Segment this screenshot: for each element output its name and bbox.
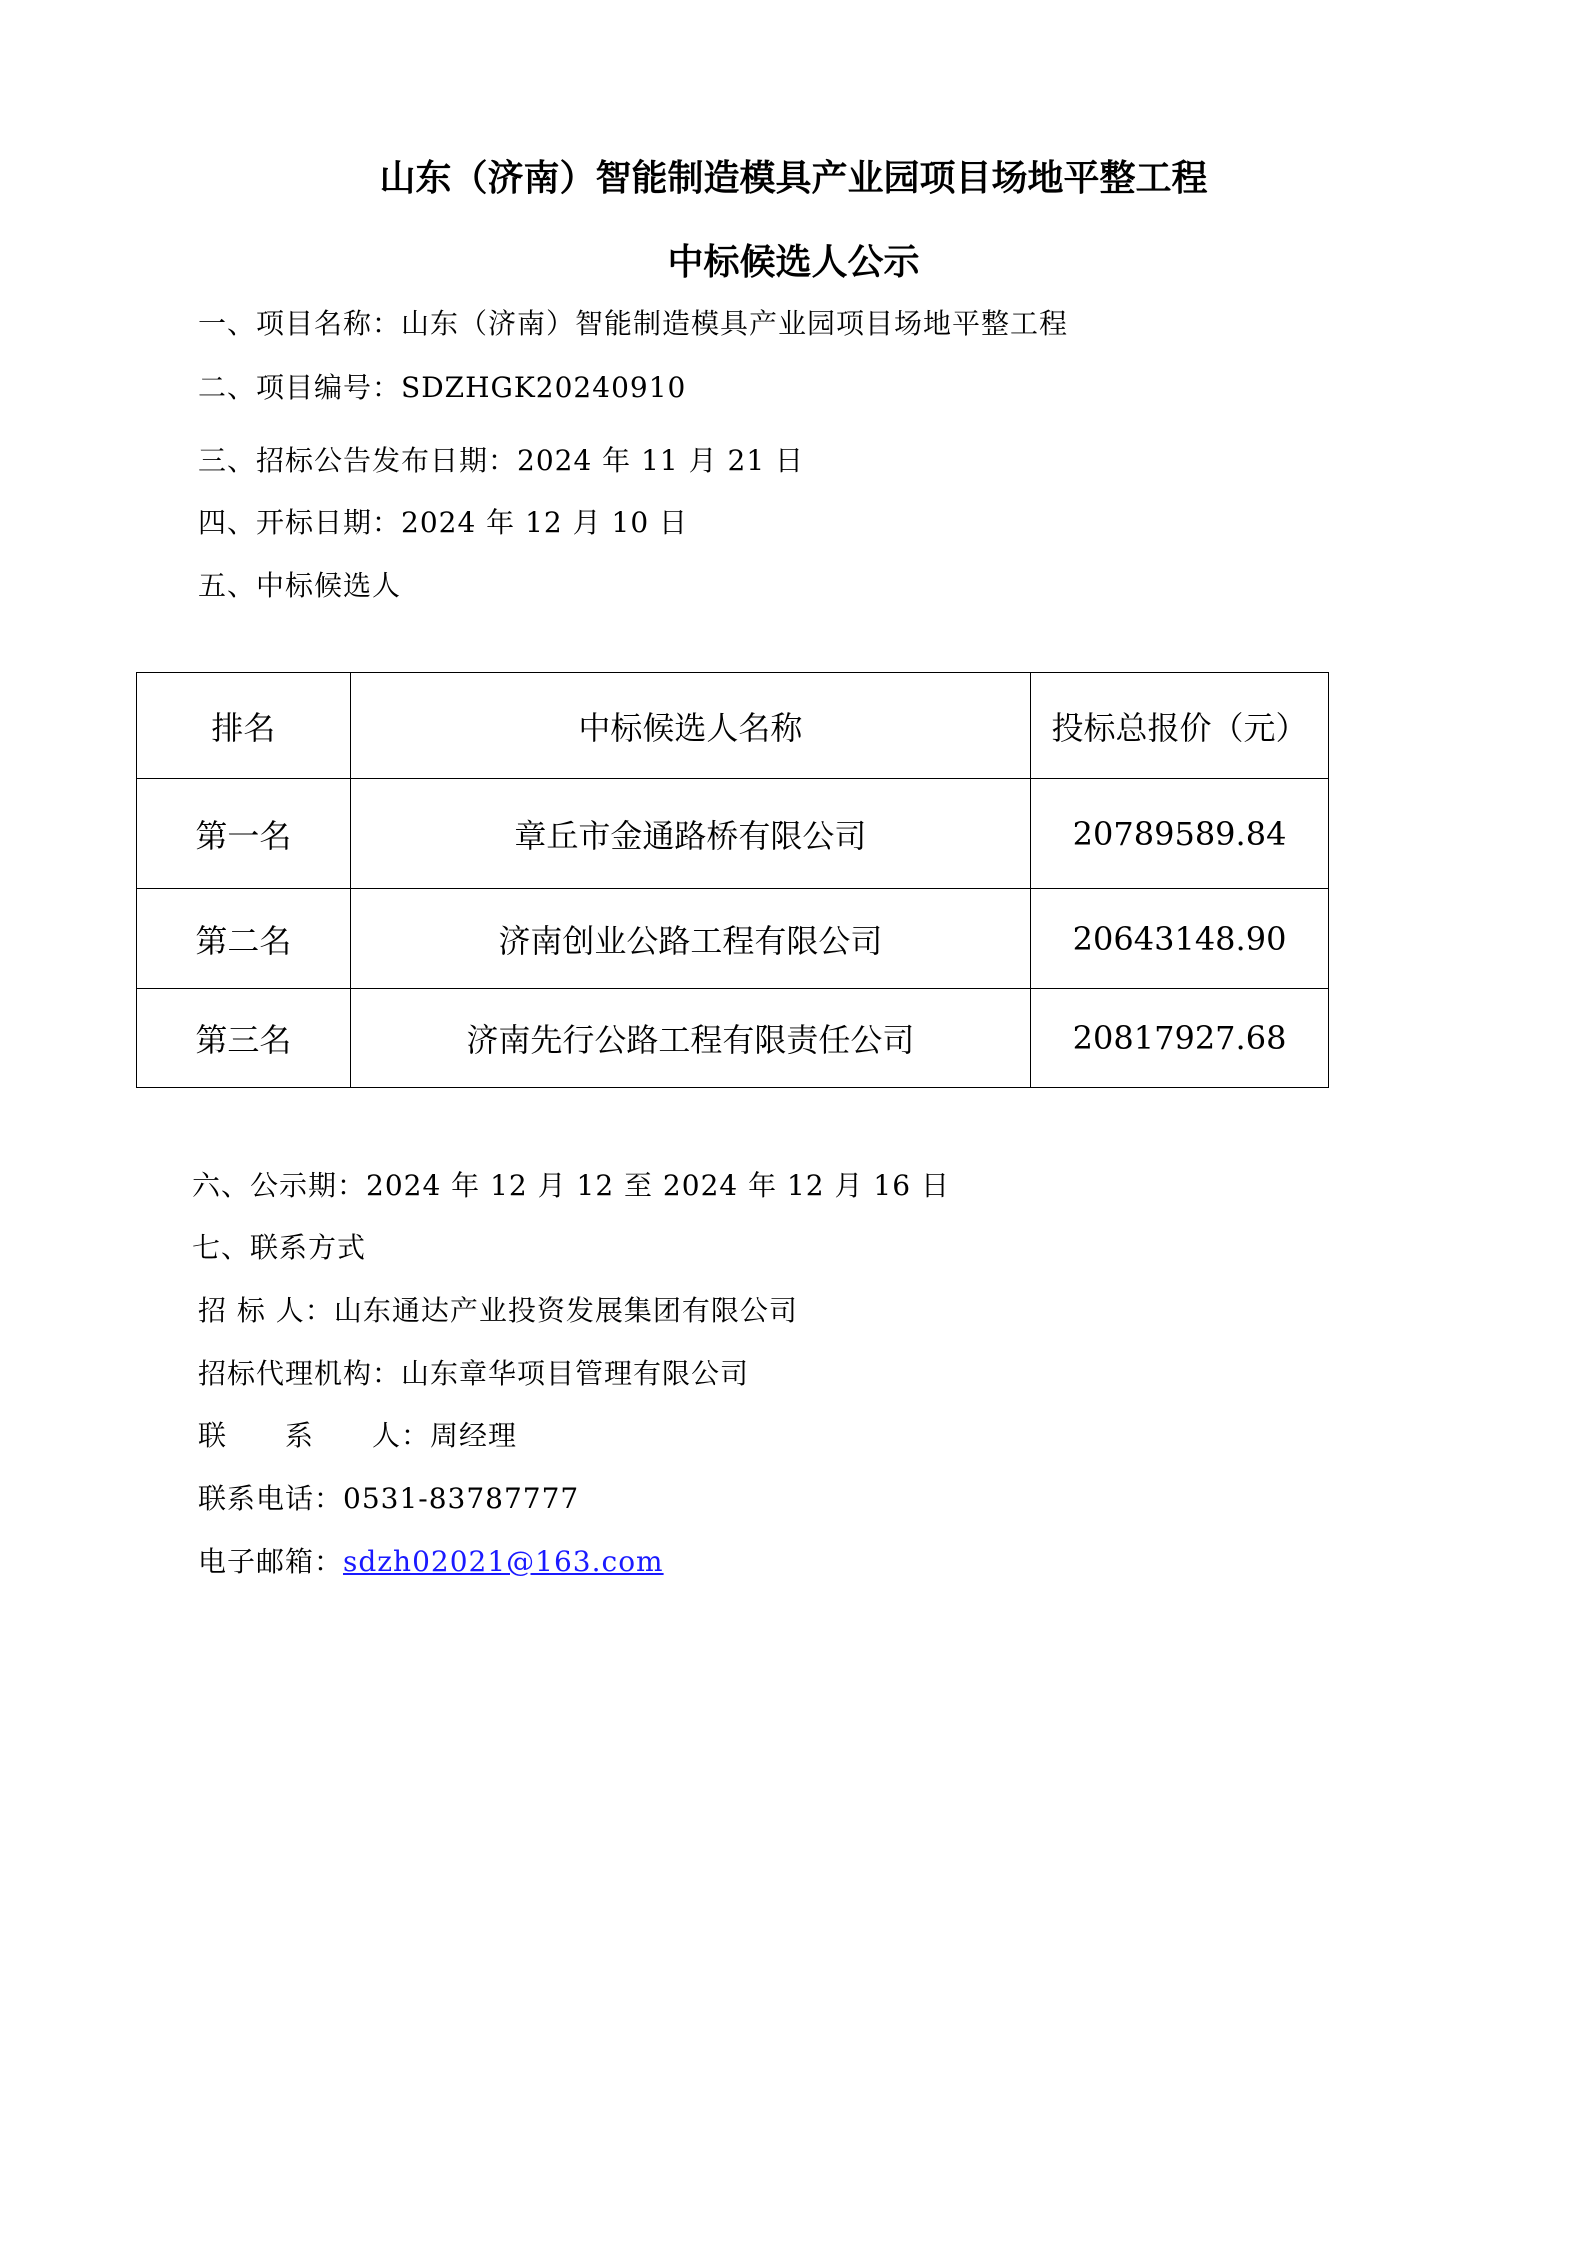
tenderer-line: 招 标 人：山东通达产业投资发展集团有限公司	[198, 1293, 798, 1329]
announcement-date-value: 2024 年 11 月 21 日	[517, 444, 804, 477]
contact-person-value: 周经理	[430, 1419, 517, 1452]
agency-line: 招标代理机构：山东章华项目管理有限公司	[198, 1356, 749, 1392]
cell-candidate-name: 济南先行公路工程有限责任公司	[350, 989, 1030, 1088]
publicity-period-value: 2024 年 12 月 12 至 2024 年 12 月 16 日	[366, 1169, 950, 1202]
header-candidate-name: 中标候选人名称	[350, 673, 1030, 779]
announcement-date-label: 三、招标公告发布日期：	[198, 444, 517, 477]
cell-bid-price: 20817927.68	[1031, 989, 1329, 1088]
cell-bid-price: 20789589.84	[1031, 779, 1329, 889]
cell-bid-price: 20643148.90	[1031, 889, 1329, 989]
table-header-row: 排名 中标候选人名称 投标总报价（元）	[137, 673, 1329, 779]
contact-person-label: 联 系 人：	[198, 1419, 430, 1452]
table-row: 第三名 济南先行公路工程有限责任公司 20817927.68	[137, 989, 1329, 1088]
email-link[interactable]: sdzh02021@163.com	[343, 1545, 664, 1578]
page-title-line2: 中标候选人公示	[0, 240, 1587, 284]
bid-opening-date-label: 四、开标日期：	[198, 506, 401, 539]
project-number-line: 二、项目编号：SDZHGK20240910	[198, 370, 686, 406]
project-number-value: SDZHGK20240910	[401, 371, 686, 404]
table-row: 第一名 章丘市金通路桥有限公司 20789589.84	[137, 779, 1329, 889]
contact-heading: 七、联系方式	[192, 1230, 366, 1266]
page-title-line1: 山东（济南）智能制造模具产业园项目场地平整工程	[0, 156, 1587, 200]
contact-person-line: 联 系 人：周经理	[198, 1418, 517, 1454]
phone-line: 联系电话：0531-83787777	[198, 1481, 579, 1517]
cell-candidate-name: 章丘市金通路桥有限公司	[350, 779, 1030, 889]
tenderer-value: 山东通达产业投资发展集团有限公司	[334, 1294, 798, 1327]
phone-label: 联系电话：	[198, 1482, 343, 1515]
header-rank: 排名	[137, 673, 351, 779]
project-name-value: 山东（济南）智能制造模具产业园项目场地平整工程	[401, 307, 1068, 340]
publicity-period-label: 六、公示期：	[192, 1169, 366, 1202]
email-label: 电子邮箱：	[198, 1545, 343, 1578]
agency-value: 山东章华项目管理有限公司	[401, 1357, 749, 1390]
agency-label: 招标代理机构：	[198, 1357, 401, 1390]
cell-rank: 第三名	[137, 989, 351, 1088]
project-number-label: 二、项目编号：	[198, 371, 401, 404]
tenderer-label: 招 标 人：	[198, 1294, 334, 1327]
bid-opening-date-value: 2024 年 12 月 10 日	[401, 506, 688, 539]
table-row: 第二名 济南创业公路工程有限公司 20643148.90	[137, 889, 1329, 989]
bid-opening-date-line: 四、开标日期：2024 年 12 月 10 日	[198, 505, 688, 541]
publicity-period-line: 六、公示期：2024 年 12 月 12 至 2024 年 12 月 16 日	[192, 1168, 950, 1204]
header-bid-price: 投标总报价（元）	[1031, 673, 1329, 779]
project-name-label: 一、项目名称：	[198, 307, 401, 340]
cell-rank: 第二名	[137, 889, 351, 989]
candidates-heading: 五、中标候选人	[198, 568, 401, 604]
announcement-date-line: 三、招标公告发布日期：2024 年 11 月 21 日	[198, 443, 804, 479]
phone-value: 0531-83787777	[343, 1482, 579, 1515]
candidates-table: 排名 中标候选人名称 投标总报价（元） 第一名 章丘市金通路桥有限公司 2078…	[136, 672, 1329, 1088]
email-line: 电子邮箱：sdzh02021@163.com	[198, 1544, 664, 1580]
cell-rank: 第一名	[137, 779, 351, 889]
project-name-line: 一、项目名称：山东（济南）智能制造模具产业园项目场地平整工程	[198, 306, 1068, 342]
cell-candidate-name: 济南创业公路工程有限公司	[350, 889, 1030, 989]
